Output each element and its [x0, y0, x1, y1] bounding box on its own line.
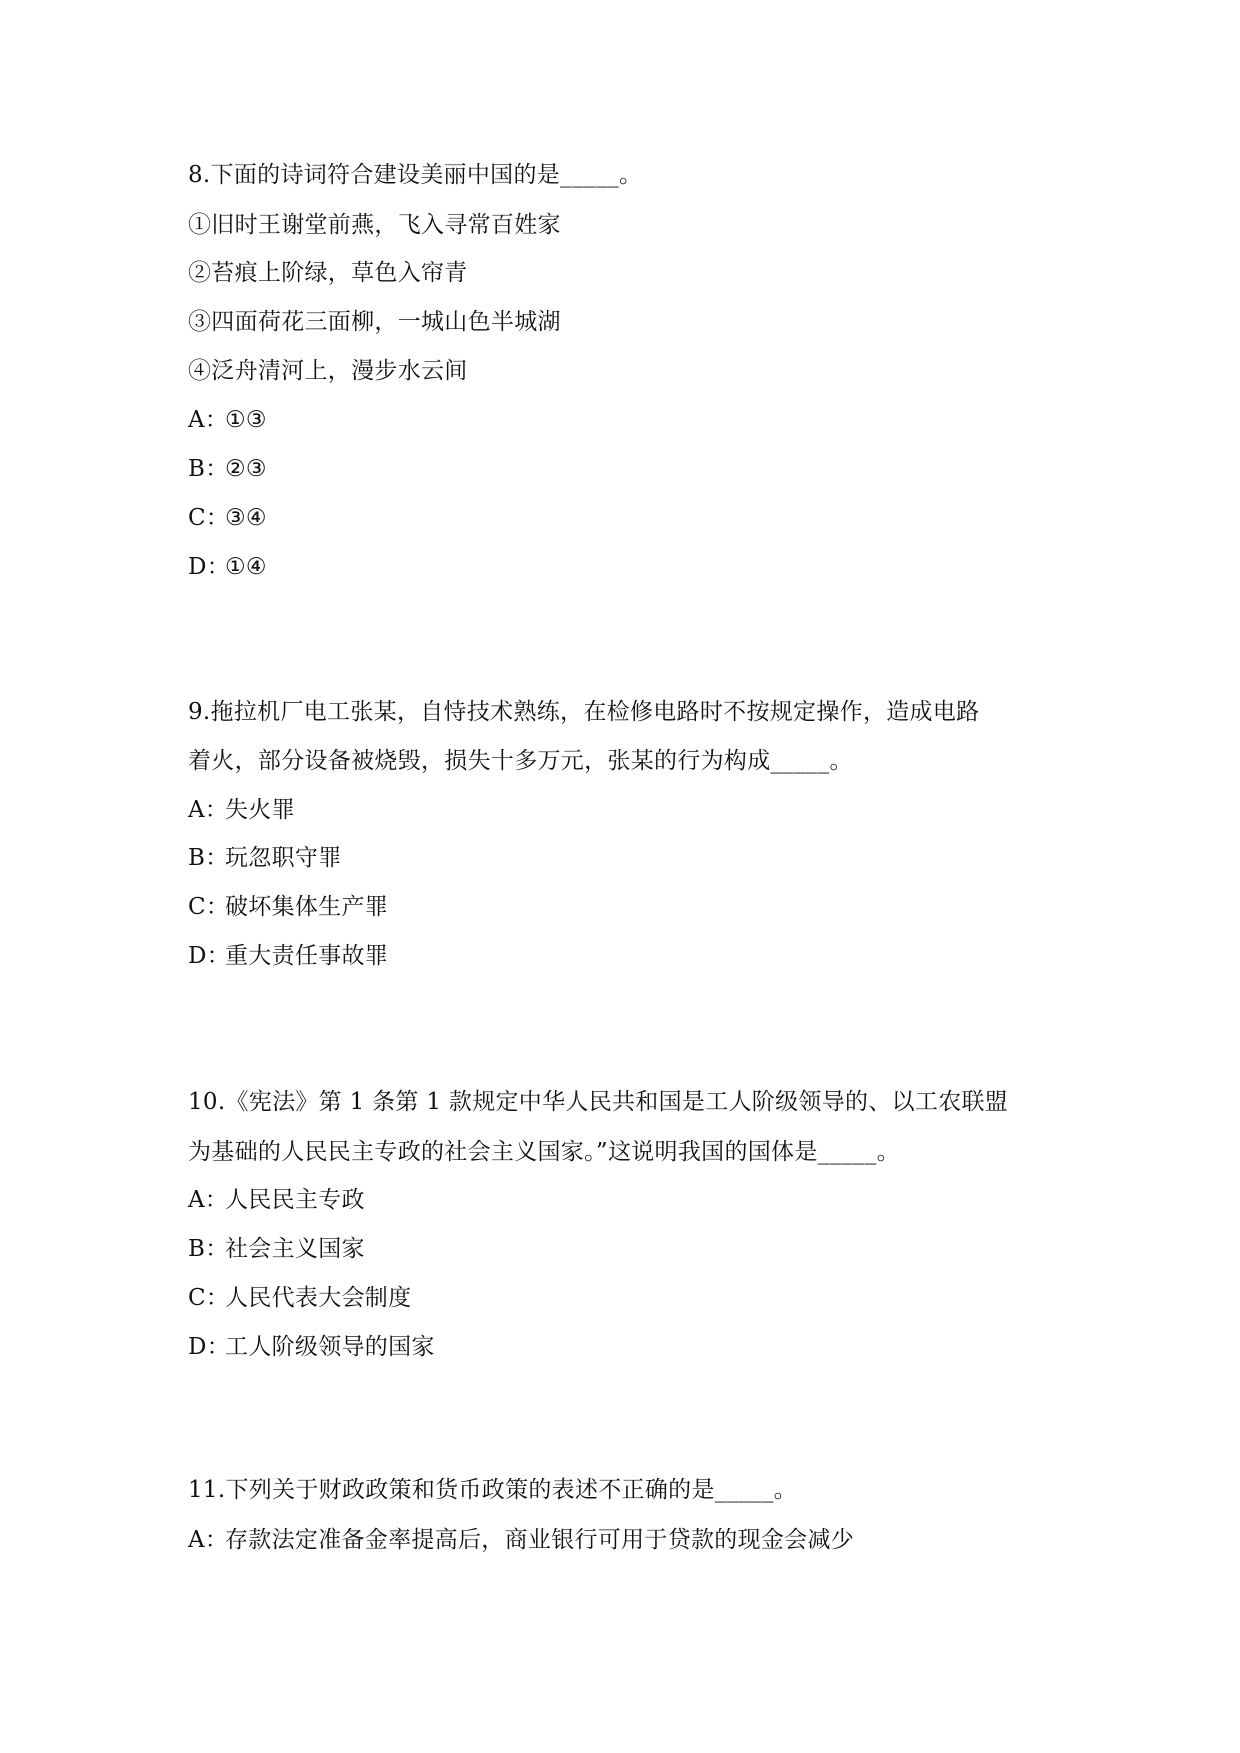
question-11-option-a: A：存款法定准备金率提高后，商业银行可用于贷款的现金会减少	[188, 1525, 854, 1555]
option-text: ③④	[225, 505, 267, 531]
option-text: 人民民主专政	[225, 1187, 365, 1213]
question-9-option-b: B：玩忽职守罪	[188, 843, 342, 873]
document-page: 8.下面的诗词符合建设美丽中国的是_____。 ①旧时王谢堂前燕，飞入寻常百姓家…	[0, 0, 1240, 1753]
option-label: C：	[188, 503, 225, 533]
option-label: D：	[188, 941, 225, 971]
option-label: D：	[188, 552, 225, 582]
question-9-option-d: D：重大责任事故罪	[188, 941, 388, 971]
option-text: 人民代表大会制度	[225, 1285, 411, 1311]
option-text: 失火罪	[225, 797, 295, 823]
question-8-item-2: ②苔痕上阶绿，草色入帘青	[188, 258, 468, 288]
option-label: B：	[188, 454, 225, 484]
question-8-option-a: A：①③	[188, 405, 267, 435]
option-label: C：	[188, 1283, 225, 1313]
option-label: A：	[188, 1185, 225, 1215]
question-10-option-c: C：人民代表大会制度	[188, 1283, 411, 1313]
question-9-stem-line-2: 着火，部分设备被烧毁，损失十多万元，张某的行为构成_____。	[188, 746, 853, 776]
question-10-option-d: D：工人阶级领导的国家	[188, 1332, 435, 1362]
question-8-item-4: ④泛舟清河上，漫步水云间	[188, 356, 468, 386]
question-11-stem: 11.下列关于财政政策和货币政策的表述不正确的是_____。	[188, 1475, 797, 1505]
question-9-option-c: C：破坏集体生产罪	[188, 892, 388, 922]
option-text: 社会主义国家	[225, 1236, 365, 1262]
question-8-item-1: ①旧时王谢堂前燕，飞入寻常百姓家	[188, 210, 561, 240]
option-label: D：	[188, 1332, 225, 1362]
option-text: 工人阶级领导的国家	[225, 1334, 435, 1360]
question-8-item-3: ③四面荷花三面柳，一城山色半城湖	[188, 307, 561, 337]
option-text: ①③	[225, 407, 267, 433]
question-10-option-b: B：社会主义国家	[188, 1234, 365, 1264]
question-8-option-b: B：②③	[188, 454, 267, 484]
question-8-option-d: D：①④	[188, 552, 267, 582]
option-text: 玩忽职守罪	[225, 845, 342, 871]
question-10-option-a: A：人民民主专政	[188, 1185, 365, 1215]
question-9-option-a: A：失火罪	[188, 795, 295, 825]
question-8-option-c: C：③④	[188, 503, 267, 533]
option-text: ②③	[225, 456, 267, 482]
option-label: C：	[188, 892, 225, 922]
question-8-stem: 8.下面的诗词符合建设美丽中国的是_____。	[188, 160, 642, 190]
question-10-stem-line-2: 为基础的人民民主专政的社会主义国家。”这说明我国的国体是_____。	[188, 1137, 900, 1167]
question-10-stem-line-1: 10.《宪法》第 1 条第 1 款规定中华人民共和国是工人阶级领导的、以工农联盟	[188, 1087, 1008, 1117]
option-label: A：	[188, 1525, 225, 1555]
option-text: 重大责任事故罪	[225, 943, 388, 969]
option-label: B：	[188, 843, 225, 873]
option-text: 存款法定准备金率提高后，商业银行可用于贷款的现金会减少	[225, 1527, 854, 1553]
option-label: A：	[188, 795, 225, 825]
question-9-stem-line-1: 9.拖拉机厂电工张某，自恃技术熟练，在检修电路时不按规定操作，造成电路	[188, 697, 979, 727]
option-label: A：	[188, 405, 225, 435]
option-text: ①④	[225, 554, 267, 580]
option-text: 破坏集体生产罪	[225, 894, 388, 920]
option-label: B：	[188, 1234, 225, 1264]
